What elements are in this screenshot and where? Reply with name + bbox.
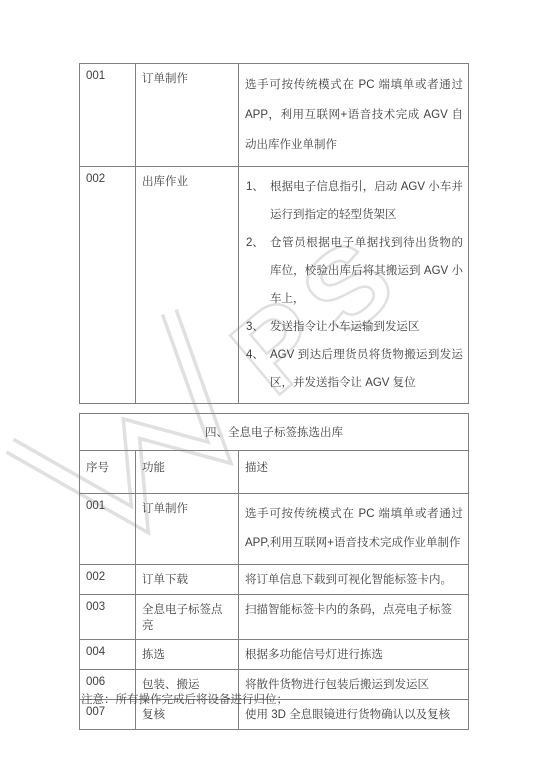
numbered-list: 1、 根据电子信息指引，启动 AGV 小车并运行到指定的轻型货架区 2、 仓管员…: [245, 173, 463, 397]
header-description: 描述: [239, 451, 469, 494]
description-cell: 选手可按传统模式在 PC 端填单或者通过 APP，利用互联网+语音技术完成 AG…: [239, 64, 469, 167]
header-function: 功能: [136, 451, 239, 494]
table-row: 004 拣选 根据多功能信号灯进行拣选: [80, 640, 469, 670]
description-cell: 根据多功能信号灯进行拣选: [239, 640, 469, 670]
seq-cell: 002: [80, 167, 136, 404]
function-cell: 全息电子标签点亮: [136, 595, 239, 640]
table-title-row: 四、全息电子标签拣选出库: [80, 414, 469, 451]
holographic-picking-table: 四、全息电子标签拣选出库 序号 功能 描述 001 订单制作 选手可按传统模式在…: [79, 413, 469, 730]
note-text: 注意：所有操作完成后将设备进行归位；: [81, 691, 288, 707]
list-item-number: 4、: [246, 341, 264, 369]
list-item-text: 仓管员根据电子单据找到待出货物的库位，校验出库后将其搬运到 AGV 小车上，: [270, 237, 463, 305]
table-row: 001 订单制作 选手可按传统模式在 PC 端填单或者通过 APP，利用互联网+…: [80, 64, 469, 167]
function-cell: 出库作业: [136, 167, 239, 404]
list-item-number: 3、: [246, 313, 264, 341]
seq-cell: 001: [80, 494, 136, 565]
table-row: 002 出库作业 1、 根据电子信息指引，启动 AGV 小车并运行到指定的轻型货…: [80, 167, 469, 404]
function-cell: 订单制作: [136, 64, 239, 167]
seq-cell: 003: [80, 595, 136, 640]
list-item: 2、 仓管员根据电子单据找到待出货物的库位，校验出库后将其搬运到 AGV 小车上…: [245, 229, 463, 313]
document-page: PS 001 订单制作 选手可按传统模式在 PC 端填单或者通过 APP，利用互…: [0, 0, 550, 778]
table-row: 002 订单下载 将订单信息下载到可视化智能标签卡内。: [80, 565, 469, 595]
list-item: 4、 AGV 到达后理货员将货物搬运到发运区，并发送指令让 AGV 复位: [245, 341, 463, 397]
list-item: 1、 根据电子信息指引，启动 AGV 小车并运行到指定的轻型货架区: [245, 173, 463, 229]
description-cell: 选手可按传统模式在 PC 端填单或者通过 APP,利用互联网+语音技术完成作业单…: [239, 494, 469, 565]
description-cell: 扫描智能标签卡内的条码，点亮电子标签: [239, 595, 469, 640]
description-cell: 1、 根据电子信息指引，启动 AGV 小车并运行到指定的轻型货架区 2、 仓管员…: [239, 167, 469, 404]
agv-outbound-table: 001 订单制作 选手可按传统模式在 PC 端填单或者通过 APP，利用互联网+…: [79, 63, 469, 404]
table-title: 四、全息电子标签拣选出库: [80, 414, 469, 451]
header-seq: 序号: [80, 451, 136, 494]
function-cell: 订单下载: [136, 565, 239, 595]
seq-cell: 004: [80, 640, 136, 670]
seq-cell: 002: [80, 565, 136, 595]
table-header-row: 序号 功能 描述: [80, 451, 469, 494]
list-item-text: 根据电子信息指引，启动 AGV 小车并运行到指定的轻型货架区: [270, 181, 463, 221]
list-item-text: 发送指令让小车运输到发运区: [270, 321, 420, 333]
function-cell: 拣选: [136, 640, 239, 670]
table-row: 001 订单制作 选手可按传统模式在 PC 端填单或者通过 APP,利用互联网+…: [80, 494, 469, 565]
table-row: 003 全息电子标签点亮 扫描智能标签卡内的条码，点亮电子标签: [80, 595, 469, 640]
list-item-number: 1、: [246, 173, 264, 201]
function-cell: 订单制作: [136, 494, 239, 565]
list-item-number: 2、: [246, 229, 264, 257]
description-cell: 将订单信息下载到可视化智能标签卡内。: [239, 565, 469, 595]
list-item-text: AGV 到达后理货员将货物搬运到发运区，并发送指令让 AGV 复位: [270, 349, 463, 389]
list-item: 3、 发送指令让小车运输到发运区: [245, 313, 463, 341]
seq-cell: 001: [80, 64, 136, 167]
